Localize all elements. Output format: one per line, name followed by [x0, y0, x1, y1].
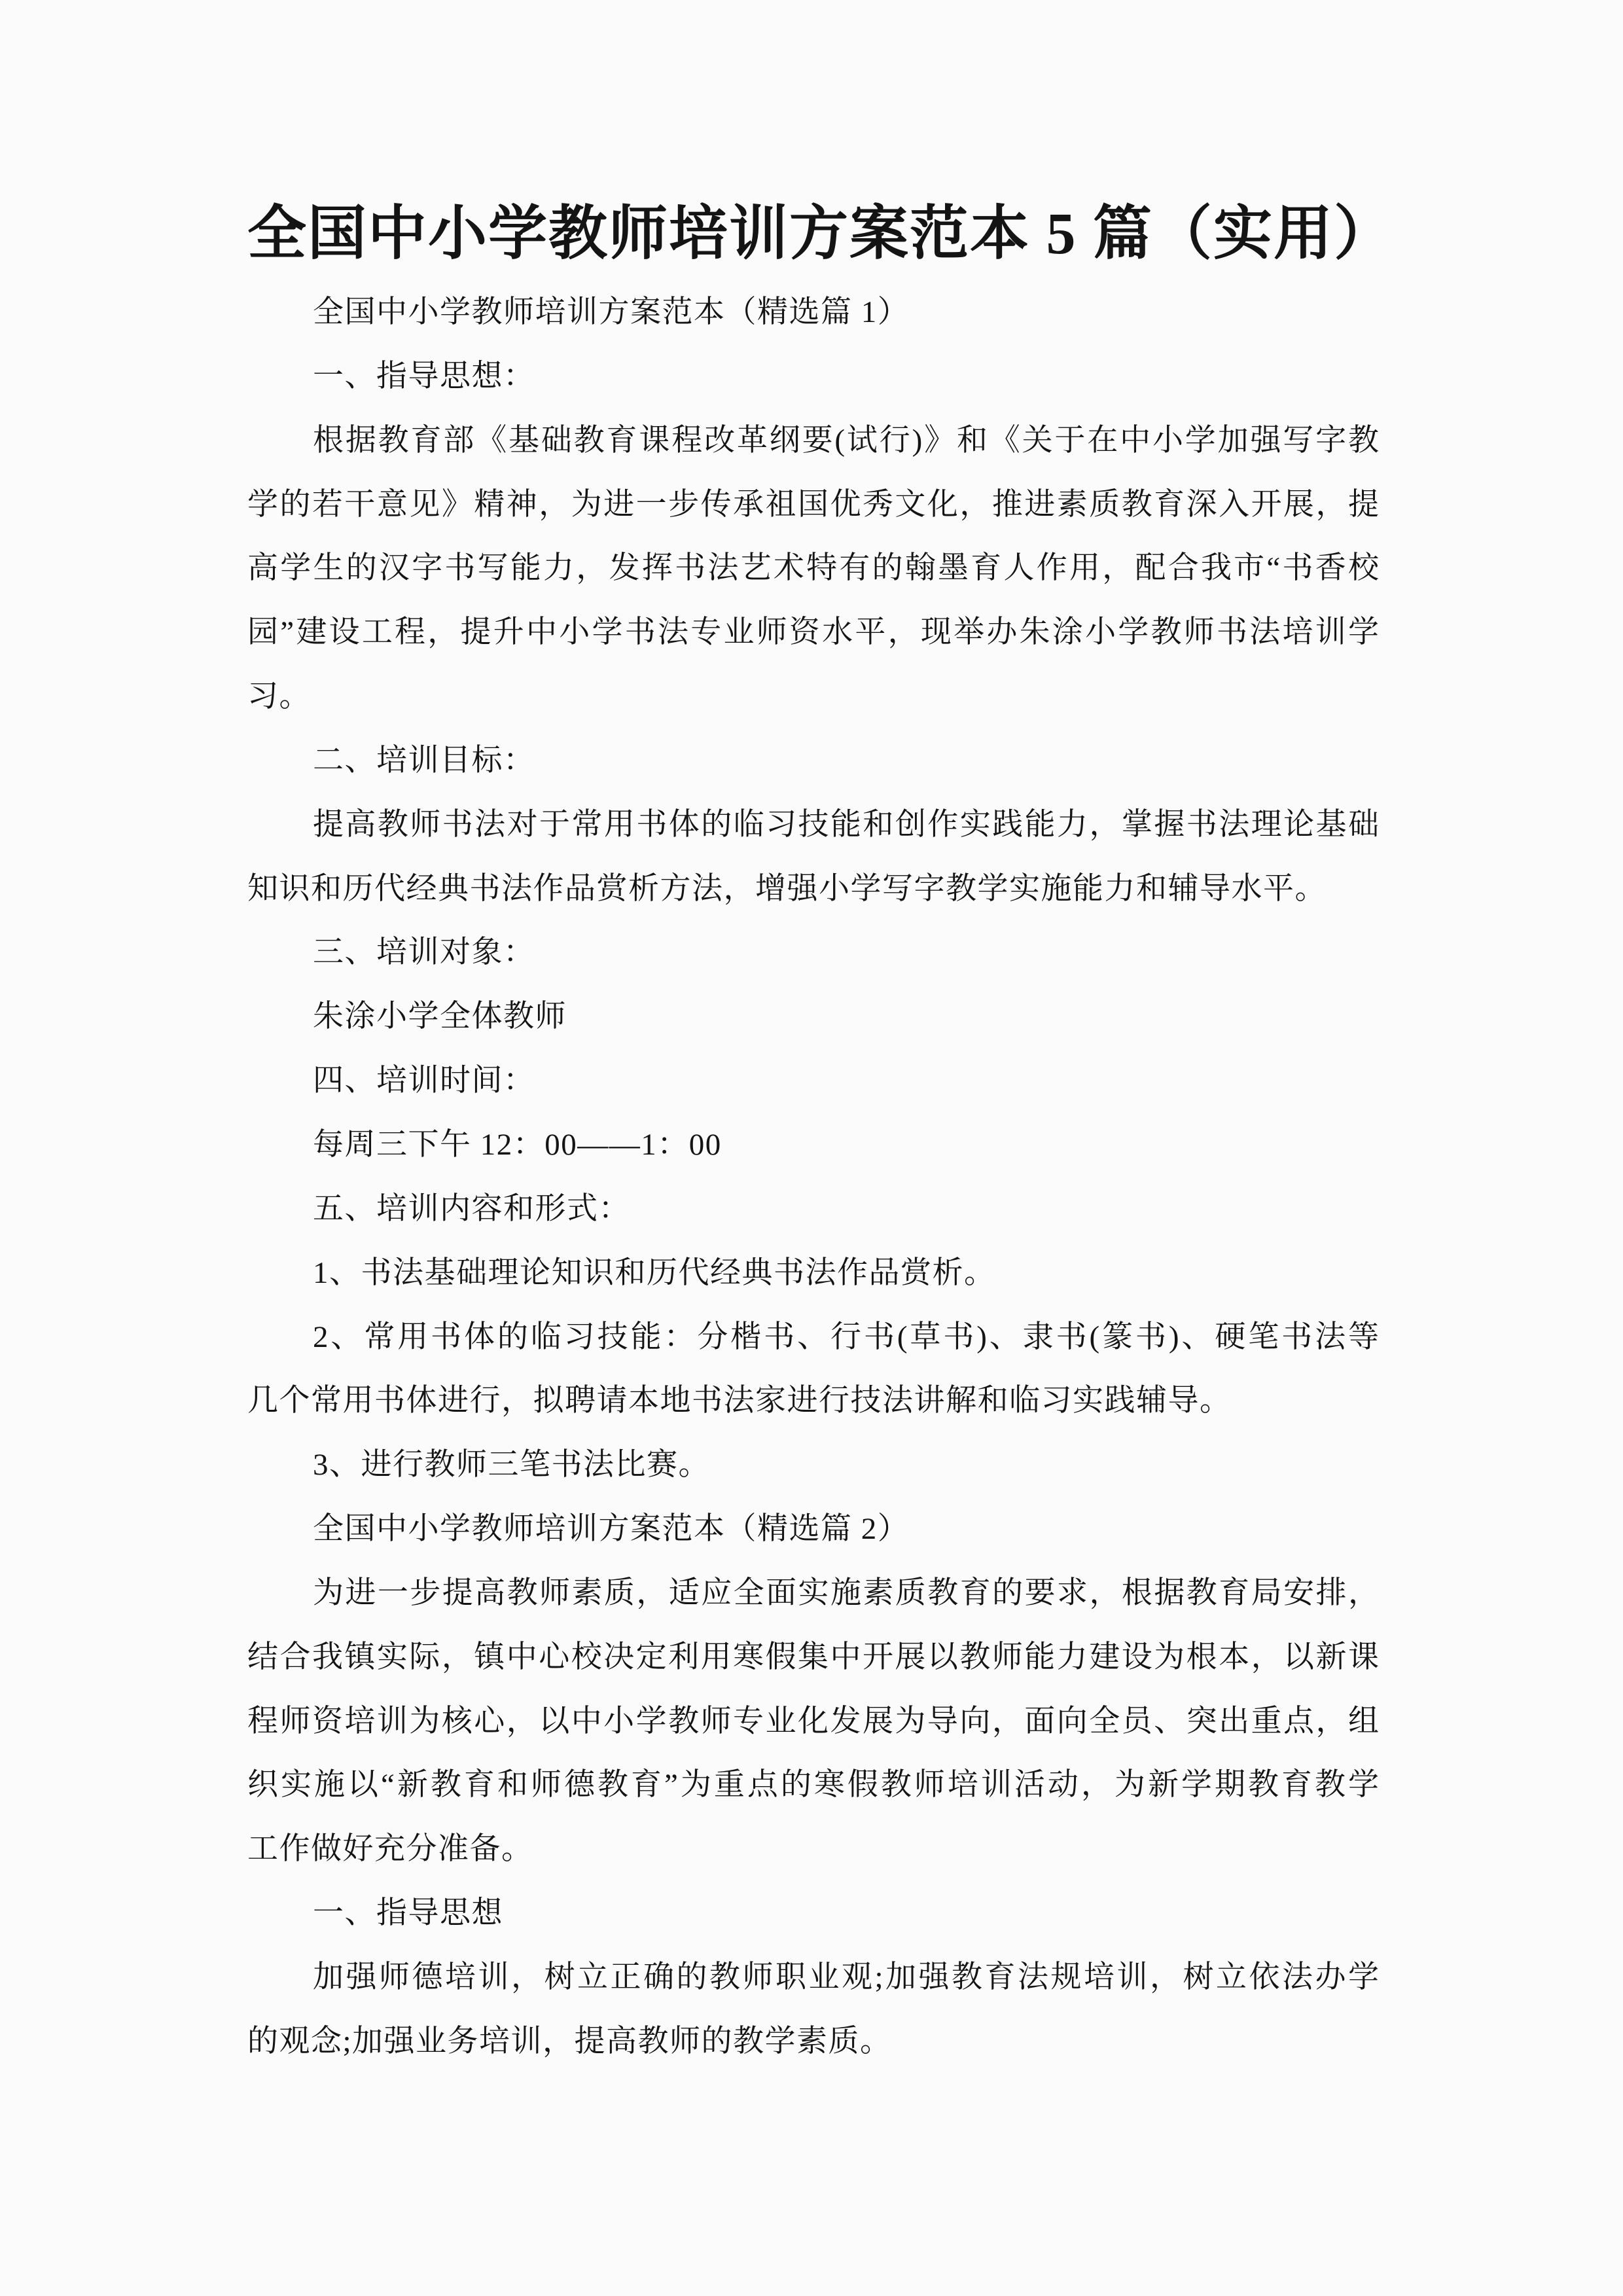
text-line: 每周三下午 12：00——1：00: [247, 1113, 1379, 1177]
text-line: 加强师德培训，树立正确的教师职业观;加强教育法规培训，树立依法办学: [247, 1946, 1379, 2010]
text-line: 为进一步提高教师素质，适应全面实施素质教育的要求，根据教育局安排，: [247, 1562, 1379, 1626]
document-body: 全国中小学教师培训方案范本（精选篇 1）一、指导思想：根据教育部《基础教育课程改…: [247, 281, 1379, 2074]
text-line: 一、指导思想：: [247, 345, 1379, 409]
text-line: 的观念;加强业务培训，提高教师的教学素质。: [247, 2010, 1379, 2074]
text-line: 2、常用书体的临习技能：分楷书、行书(草书)、隶书(篆书)、硬笔书法等: [247, 1306, 1379, 1370]
text-line: 3、进行教师三笔书法比赛。: [247, 1433, 1379, 1498]
text-line: 一、指导思想: [247, 1882, 1379, 1946]
text-line: 织实施以“新教育和师德教育”为重点的寒假教师培训活动，为新学期教育教学: [247, 1753, 1379, 1818]
text-line: 全国中小学教师培训方案范本（精选篇 2）: [247, 1498, 1379, 1562]
text-line: 工作做好充分准备。: [247, 1818, 1379, 1882]
text-line: 三、培训对象：: [247, 921, 1379, 985]
text-line: 朱涂小学全体教师: [247, 985, 1379, 1049]
document-page: 全国中小学教师培训方案范本 5 篇（实用） 全国中小学教师培训方案范本（精选篇 …: [0, 0, 1623, 2296]
text-line: 四、培训时间：: [247, 1049, 1379, 1113]
text-line: 习。: [247, 665, 1379, 729]
text-line: 提高教师书法对于常用书体的临习技能和创作实践能力，掌握书法理论基础: [247, 793, 1379, 857]
text-line: 结合我镇实际，镇中心校决定利用寒假集中开展以教师能力建设为根本，以新课: [247, 1626, 1379, 1690]
document-title: 全国中小学教师培训方案范本 5 篇（实用）: [247, 202, 1394, 267]
text-line: 程师资培训为核心，以中小学教师专业化发展为导向，面向全员、突出重点，组: [247, 1690, 1379, 1754]
text-line: 五、培训内容和形式：: [247, 1177, 1379, 1242]
text-line: 全国中小学教师培训方案范本（精选篇 1）: [247, 281, 1379, 345]
text-line: 高学生的汉字书写能力，发挥书法艺术特有的翰墨育人作用，配合我市“书香校: [247, 537, 1379, 601]
text-line: 根据教育部《基础教育课程改革纲要(试行)》和《关于在中小学加强写字教: [247, 409, 1379, 473]
text-line: 知识和历代经典书法作品赏析方法，增强小学写字教学实施能力和辅导水平。: [247, 857, 1379, 922]
text-line: 1、书法基础理论知识和历代经典书法作品赏析。: [247, 1242, 1379, 1306]
text-line: 几个常用书体进行，拟聘请本地书法家进行技法讲解和临习实践辅导。: [247, 1369, 1379, 1433]
text-line: 学的若干意见》精神，为进一步传承祖国优秀文化，推进素质教育深入开展，提: [247, 473, 1379, 537]
text-line: 园”建设工程，提升中小学书法专业师资水平，现举办朱涂小学教师书法培训学: [247, 601, 1379, 665]
text-line: 二、培训目标：: [247, 729, 1379, 793]
